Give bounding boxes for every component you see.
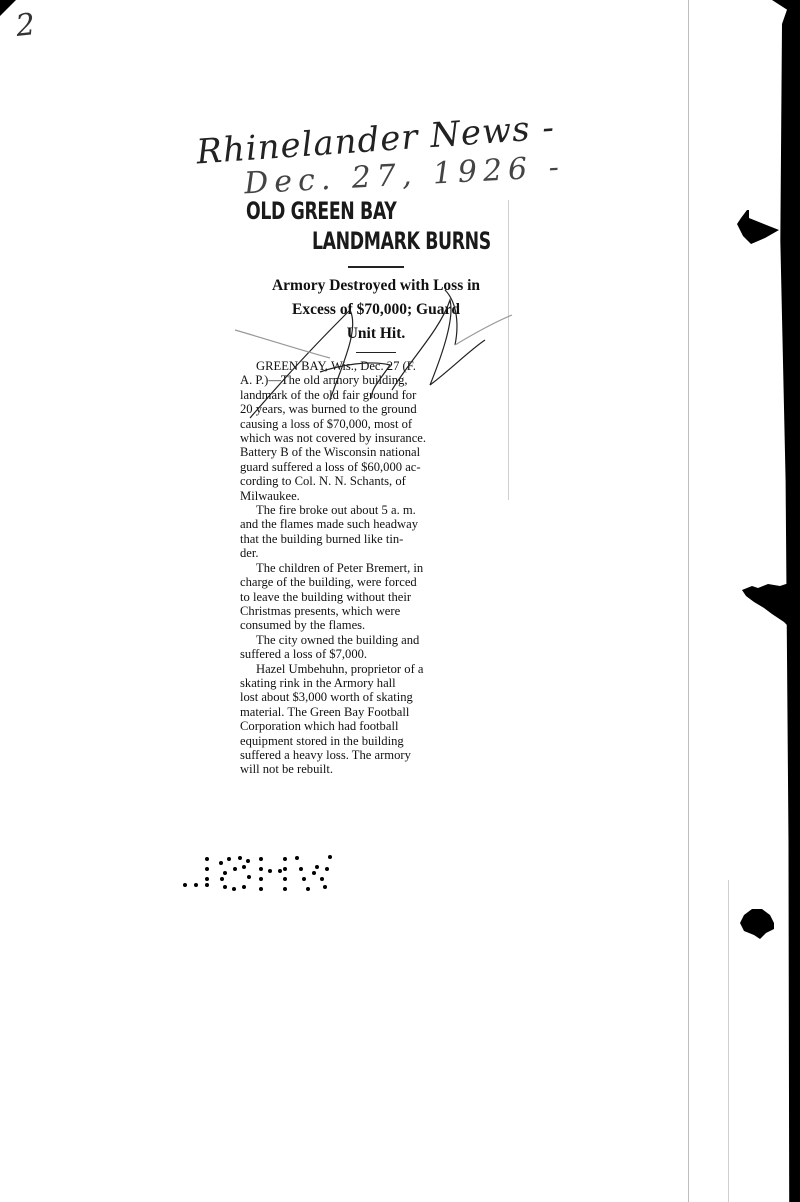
perforation-dot xyxy=(194,883,198,887)
scan-corner-top-left xyxy=(0,0,16,16)
perforation-dot xyxy=(328,855,332,859)
perforation-stamp xyxy=(175,845,335,895)
perforation-dot xyxy=(227,857,231,861)
perforation-dot xyxy=(315,865,319,869)
perforation-dot xyxy=(283,887,287,891)
perforation-dot xyxy=(325,867,329,871)
perforation-dot xyxy=(223,885,227,889)
perforation-dot xyxy=(183,883,187,887)
perforation-dot xyxy=(246,859,250,863)
perforation-dot xyxy=(302,877,306,881)
newspaper-clipping: OLD GREEN BAY LANDMARK BURNS Armory Dest… xyxy=(240,196,512,777)
perforation-dot xyxy=(306,887,310,891)
subhead-line-1: Armory Destroyed with Loss in xyxy=(240,274,512,298)
article-paragraph: GREEN BAY, Wis., Dec. 27 (F. A. P.)—The … xyxy=(240,359,510,503)
perforation-dot xyxy=(205,867,209,871)
page-number: 2 xyxy=(14,7,37,44)
subhead-line-2: Excess of $70,000; Guard xyxy=(240,298,512,322)
perforation-dot xyxy=(320,877,324,881)
article-paragraph: Hazel Umbehuhn, proprietor of a skating … xyxy=(240,662,510,777)
perforation-dot xyxy=(219,861,223,865)
perforation-dot xyxy=(323,885,327,889)
perforation-dot xyxy=(295,856,299,860)
binder-hole-middle xyxy=(740,578,800,634)
subhead-rule xyxy=(356,352,396,353)
perforation-dot xyxy=(205,857,209,861)
binder-hole-top xyxy=(735,208,780,248)
perforation-dot xyxy=(223,871,227,875)
perforation-dot xyxy=(259,867,263,871)
headline-line-2: LANDMARK BURNS xyxy=(312,226,456,256)
perforation-dot xyxy=(283,857,287,861)
perforation-dot xyxy=(205,883,209,887)
perforation-dot xyxy=(259,857,263,861)
perforation-dot xyxy=(283,867,287,871)
perforation-dot xyxy=(247,875,251,879)
perforation-dot xyxy=(259,887,263,891)
headline-line-1: OLD GREEN BAY xyxy=(246,196,438,226)
perforation-dot xyxy=(220,877,224,881)
perforation-dot xyxy=(205,877,209,881)
perforation-dot xyxy=(232,887,236,891)
article-paragraph: The children of Peter Bremert, in charge… xyxy=(240,561,510,633)
fold-line-lower xyxy=(728,880,729,1202)
perforation-dot xyxy=(278,869,282,873)
perforation-dot xyxy=(242,885,246,889)
perforation-dot xyxy=(233,867,237,871)
perforation-dot xyxy=(259,877,263,881)
article-paragraph: The city owned the building and suffered… xyxy=(240,633,510,662)
perforation-dot xyxy=(238,856,242,860)
perforation-dot xyxy=(242,865,246,869)
subhead-line-3: Unit Hit. xyxy=(240,322,512,346)
perforation-dot xyxy=(268,869,272,873)
fold-line xyxy=(688,0,689,1202)
scanned-page: 2 Rhinelander News - Dec. 27, 1926 - OLD… xyxy=(0,0,800,1202)
perforation-dot xyxy=(299,867,303,871)
binder-hole-bottom xyxy=(738,905,778,945)
perforation-dot xyxy=(283,877,287,881)
headline-rule xyxy=(348,266,404,268)
perforation-dot xyxy=(312,871,316,875)
article-body: GREEN BAY, Wis., Dec. 27 (F. A. P.)—The … xyxy=(240,359,510,777)
article-paragraph: The fire broke out about 5 a. m. and the… xyxy=(240,503,510,561)
